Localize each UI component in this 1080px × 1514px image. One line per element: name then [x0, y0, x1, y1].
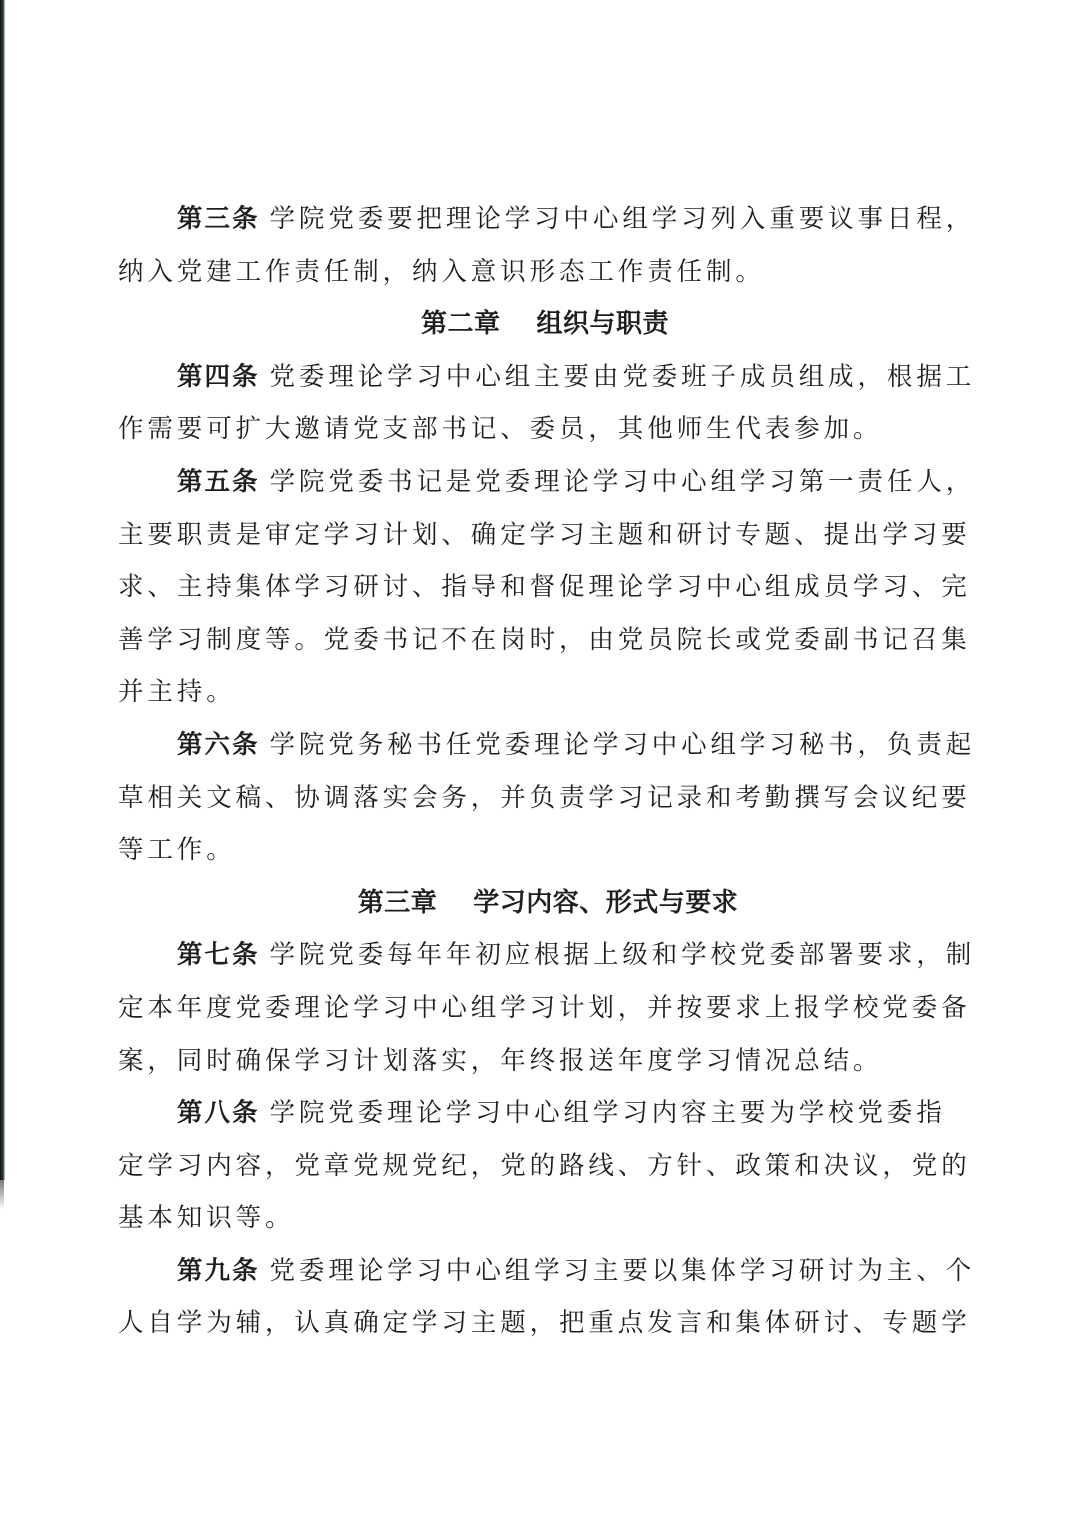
article-text: 学院党委理论学习中心组学习内容主要为学校党委指: [270, 1098, 946, 1128]
article-number: 第四条: [177, 362, 260, 392]
article-line: 定本年度党委理论学习中心组学习计划，并按要求上报学校党委备: [118, 982, 974, 1035]
chapter-number: 第二章: [421, 309, 501, 339]
article-line: 等工作。: [118, 824, 974, 877]
article-text: 学院党委要把理论学习中心组学习列入重要议事日程，: [270, 204, 976, 234]
article-line: 第六条学院党务秘书任党委理论学习中心组学习秘书，负责起: [118, 719, 974, 772]
article-number: 第五条: [177, 467, 260, 497]
article-9: 第九条党委理论学习中心组学习主要以集体学习研讨为主、个 人自学为辅，认真确定学习…: [118, 1245, 974, 1350]
article-number: 第六条: [177, 730, 260, 760]
chapter-title: 组织与职责: [537, 309, 670, 339]
article-number: 第三条: [177, 204, 260, 234]
scan-page-edge-fade: [0, 1180, 4, 1210]
article-line: 第七条学院党委每年年初应根据上级和学校党委部署要求，制: [118, 929, 974, 982]
article-line: 善学习制度等。党委书记不在岗时，由党员院长或党委副书记召集: [118, 614, 974, 667]
article-text: 学院党委书记是党委理论学习中心组学习第一责任人，: [270, 467, 976, 497]
article-text: 党委理论学习中心组主要由党委班子成员组成，根据工: [270, 362, 976, 392]
article-text: 学院党务秘书任党委理论学习中心组学习秘书，负责起: [270, 730, 976, 760]
article-text: 学院党委每年年初应根据上级和学校党委部署要求，制: [270, 940, 976, 970]
article-line: 并主持。: [118, 666, 974, 719]
article-line: 求、主持集体学习研讨、指导和督促理论学习中心组成员学习、完: [118, 561, 974, 614]
article-line: 第九条党委理论学习中心组学习主要以集体学习研讨为主、个: [118, 1245, 974, 1298]
article-line: 草相关文稿、协调落实会务，并负责学习记录和考勤撰写会议纪要: [118, 772, 974, 825]
article-line: 基本知识等。: [118, 1192, 974, 1245]
article-4: 第四条党委理论学习中心组主要由党委班子成员组成，根据工 作需要可扩大邀请党支部书…: [118, 351, 974, 456]
article-line: 第三条学院党委要把理论学习中心组学习列入重要议事日程，: [118, 193, 974, 246]
article-5: 第五条学院党委书记是党委理论学习中心组学习第一责任人， 主要职责是审定学习计划、…: [118, 456, 974, 719]
article-number: 第七条: [177, 940, 260, 970]
article-number: 第九条: [177, 1256, 260, 1286]
article-6: 第六条学院党务秘书任党委理论学习中心组学习秘书，负责起 草相关文稿、协调落实会务…: [118, 719, 974, 877]
article-8: 第八条学院党委理论学习中心组学习内容主要为学校党委指 定学习内容，党章党规党纪，…: [118, 1087, 974, 1245]
scan-page-edge-shadow: [0, 0, 5, 1180]
article-number: 第八条: [177, 1098, 260, 1128]
article-line: 作需要可扩大邀请党支部书记、委员，其他师生代表参加。: [118, 403, 974, 456]
chapter-number: 第三章: [358, 888, 438, 918]
chapter-title: 学习内容、形式与要求: [473, 888, 738, 918]
article-text: 党委理论学习中心组学习主要以集体学习研讨为主、个: [270, 1256, 976, 1286]
article-line: 第五条学院党委书记是党委理论学习中心组学习第一责任人，: [118, 456, 974, 509]
article-line: 第四条党委理论学习中心组主要由党委班子成员组成，根据工: [118, 351, 974, 404]
document-page: 第三条学院党委要把理论学习中心组学习列入重要议事日程， 纳入党建工作责任制，纳入…: [118, 193, 974, 1350]
article-line: 主要职责是审定学习计划、确定学习主题和研讨专题、提出学习要: [118, 509, 974, 562]
article-3: 第三条学院党委要把理论学习中心组学习列入重要议事日程， 纳入党建工作责任制，纳入…: [118, 193, 974, 298]
article-line: 纳入党建工作责任制，纳入意识形态工作责任制。: [118, 246, 974, 299]
article-line: 定学习内容，党章党规党纪，党的路线、方针、政策和决议，党的: [118, 1140, 974, 1193]
article-7: 第七条学院党委每年年初应根据上级和学校党委部署要求，制 定本年度党委理论学习中心…: [118, 929, 974, 1087]
article-line: 案，同时确保学习计划落实，年终报送年度学习情况总结。: [118, 1035, 974, 1088]
article-line: 人自学为辅，认真确定学习主题，把重点发言和集体研讨、专题学: [118, 1297, 974, 1350]
chapter-heading-3: 第三章学习内容、形式与要求: [122, 877, 974, 930]
chapter-heading-2: 第二章组织与职责: [116, 298, 974, 351]
article-line: 第八条学院党委理论学习中心组学习内容主要为学校党委指: [118, 1087, 974, 1140]
